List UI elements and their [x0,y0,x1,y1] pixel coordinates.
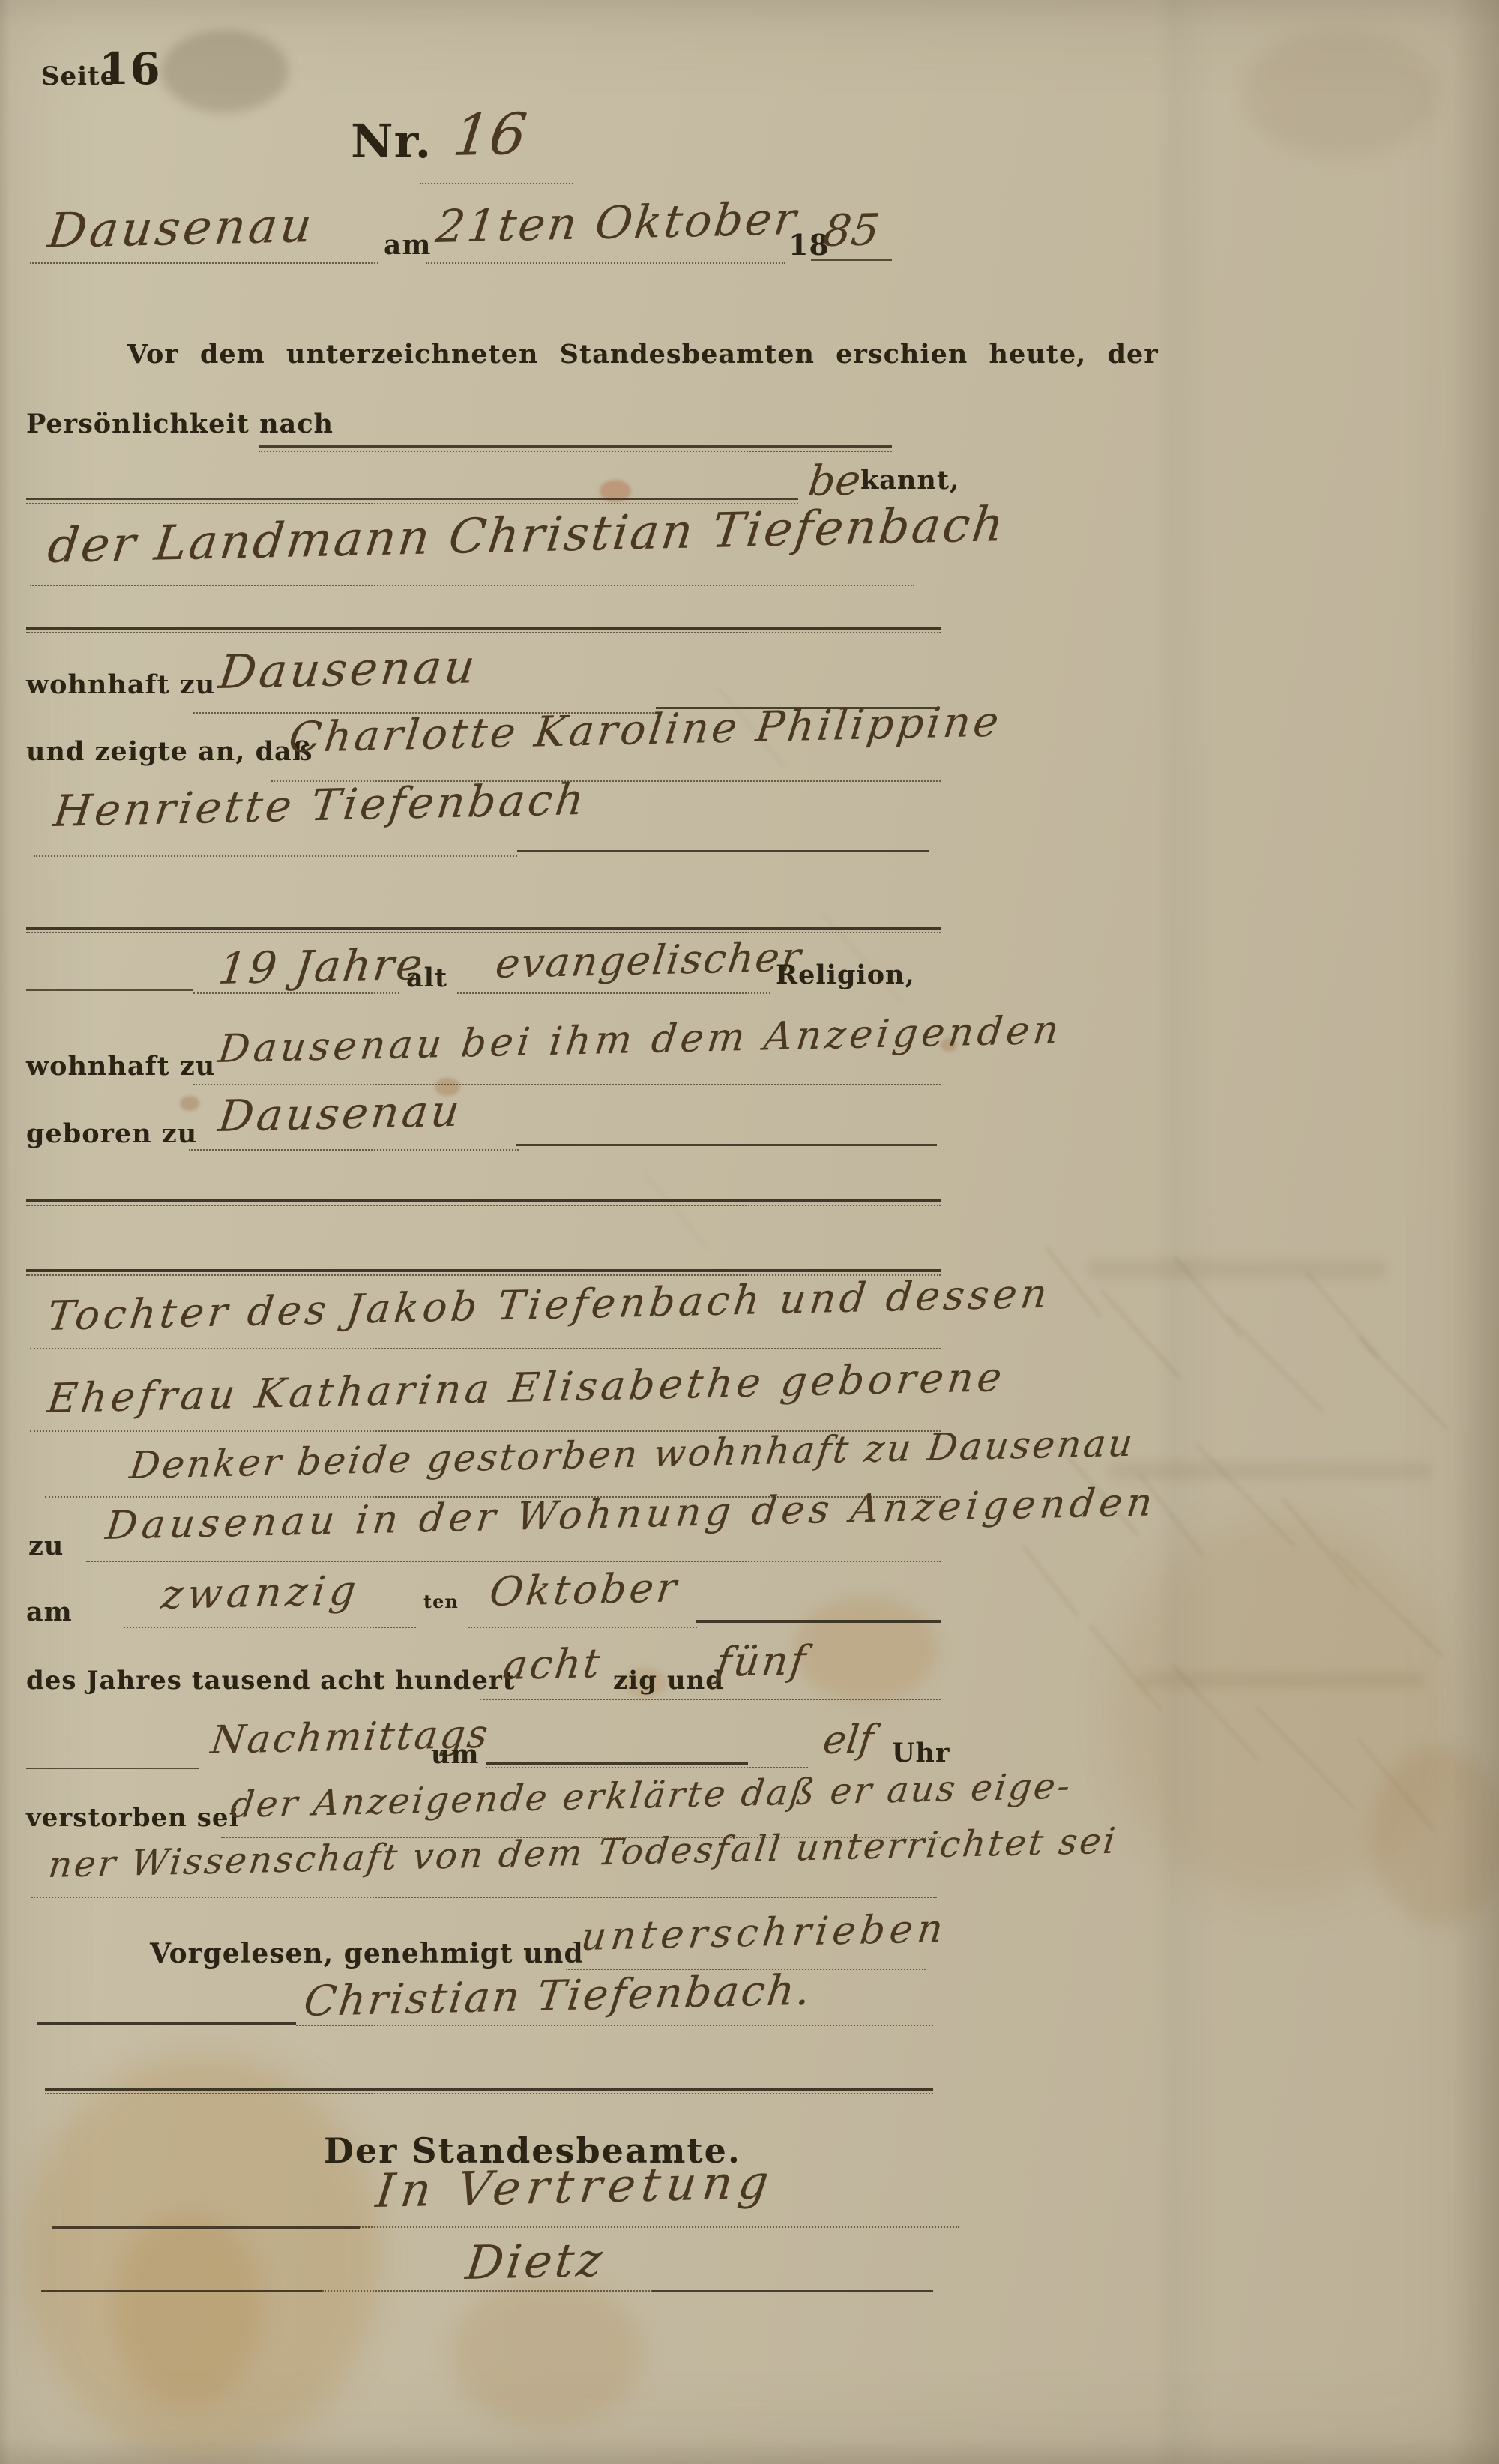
record-number-value: 16 [450,100,530,169]
religion-value: evangelischer [493,933,805,987]
religion-label: Religion, [776,960,915,990]
fill-line [86,1561,941,1562]
closing-vorgelesen-label: Vorgelesen, genehmigt und [150,1938,584,1969]
fill-line [26,1768,199,1769]
section-rule [26,1269,941,1272]
fill-line [486,1767,808,1768]
bleedthrough-stroke [1255,1705,1357,1810]
fill-line [193,1084,941,1085]
death-month-value: Oktober [487,1564,682,1615]
section-rule [45,2093,933,2094]
recognition-handwritten: be [806,456,863,506]
fill-line [360,2226,959,2228]
fill-line [30,1348,941,1349]
section-rule [26,632,941,633]
paper-stain [1244,30,1439,157]
declarant-line: der Landmann Christian Tiefenbach [45,497,1009,574]
fill-line [259,445,892,448]
paper-stain [112,2211,262,2406]
dateline-am-label: am [384,229,431,261]
section-rule [26,1199,941,1202]
paper-stain [1372,1747,1499,1927]
section-rule [26,627,941,630]
death-day-suffix: ten [423,1591,459,1612]
bleedthrough-stroke [1227,1316,1324,1413]
bleedthrough-stroke [644,1172,709,1249]
dateline-day-month: 21ten Oktober [433,193,801,253]
death-time-um-label: um [431,1739,479,1770]
death-place-value: Dausenau in der Wohnung des Anzeigenden [103,1480,1159,1549]
fill-line [420,183,573,184]
bleedthrough-smear [1109,1462,1432,1480]
death-time-hour: elf [821,1717,876,1763]
fill-line [457,992,770,994]
fill-line [259,451,892,452]
age-label: alt [406,963,447,993]
fill-line [468,1627,697,1628]
paper-stain [794,1597,937,1702]
fill-line [516,1144,937,1146]
bleedthrough-smear [1139,1672,1424,1688]
official-signature: Dietz [463,2232,608,2290]
bleedthrough-stroke [1022,1545,1079,1618]
declarant-signature: Christian Tiefenbach. [301,1966,815,2026]
age-value: 19 Jahre [216,939,427,994]
bleedthrough-stroke [1195,1443,1297,1547]
closing-unterschrieben: unterschrieben [579,1906,950,1960]
deceased-name-line1: Charlotte Karoline Philippine [286,698,1004,762]
section-rule [26,1205,941,1206]
page-number: 16 [99,43,161,94]
residence2-value: Dausenau bei ihm dem Anzeigenden [216,1008,1065,1072]
section-rule [26,927,941,930]
death-record-page: Seite 16 Nr. 16 Dausenau am 21ten Oktobe… [0,0,1499,2464]
fill-line [31,1897,937,1898]
birthplace-label: geboren zu [26,1118,197,1149]
fill-line [193,992,399,994]
residence-value: Dausenau [216,639,481,699]
death-place-label: zu [28,1531,64,1561]
fill-line [480,1699,941,1700]
fill-line [322,2290,652,2292]
bleedthrough-stroke [1044,1245,1102,1318]
fill-line [26,989,193,991]
death-year-decade: acht [501,1639,605,1689]
intro-line1: Vor dem unterzeichneten Standesbeamten e… [127,339,1159,370]
fill-line [30,585,914,586]
residence2-label: wohnhaft zu [26,1051,215,1082]
paper-stain [161,30,289,112]
parents-line2: Ehefrau Katharina Elisabethe geborene [45,1353,1008,1422]
fill-line [124,1627,416,1628]
fill-line [426,262,785,264]
fill-line [811,259,892,261]
fill-line [52,2226,360,2229]
fill-line [517,850,929,852]
fill-line [296,2025,933,2026]
intro-line2-label: Persönlichkeit nach [26,409,334,439]
birthplace-value: Dausenau [216,1085,465,1142]
fill-line [26,498,798,500]
bleedthrough-stroke [1356,1737,1435,1831]
bleedthrough-stroke [1088,1624,1162,1711]
dateline-place: Dausenau [45,198,318,259]
fill-line [41,2290,322,2292]
closing-verstorben-label: verstorben sei [26,1803,239,1833]
report-label: und zeigte an, daß [26,736,313,767]
bleedthrough-stroke [1281,1497,1360,1591]
section-rule [45,2088,933,2091]
death-year-zig-und: zig und [613,1666,724,1696]
recognition-printed: kannt, [860,465,959,495]
paper-stain [180,1096,199,1111]
dateline-year: 85 [821,204,882,256]
death-year-label: des Jahres tausend acht hundert [26,1666,515,1696]
deceased-name-line2: Henriette Tiefenbach [51,774,590,837]
death-day-label: am [26,1597,73,1627]
bleedthrough-stroke [1358,1336,1449,1430]
record-number-label: Nr. [351,114,432,169]
fill-line [189,1149,519,1151]
paper-stain [1109,1514,1454,1904]
bleedthrough-stroke [1333,1551,1444,1657]
death-time-uhr-label: Uhr [892,1738,950,1768]
fill-line [34,855,517,857]
paper-stain [450,2279,645,2429]
parents-line1: Tochter des Jakob Tiefenbach und dessen [45,1270,1053,1340]
bleedthrough-stroke [1306,1271,1380,1359]
death-day-value: zwanzig [159,1567,363,1618]
closing-hw-line1: der Anzeigende erklärte daß er aus eige- [229,1765,1074,1826]
death-year-unit: fünf [714,1636,810,1686]
fill-line [486,1762,748,1765]
bleedthrough-stroke [1173,1256,1243,1338]
fill-line [30,262,378,264]
paper-stain [22,2054,382,2459]
fill-line [37,2022,296,2025]
bleedthrough-stroke [1172,1664,1260,1761]
residence-label: wohnhaft zu [26,669,215,700]
bleedthrough-stroke [1100,1289,1182,1380]
fill-line [652,2290,933,2292]
bleedthrough-smear [1087,1259,1387,1279]
deputy-note: In Vertretung [373,2154,777,2218]
fill-line [696,1620,941,1623]
